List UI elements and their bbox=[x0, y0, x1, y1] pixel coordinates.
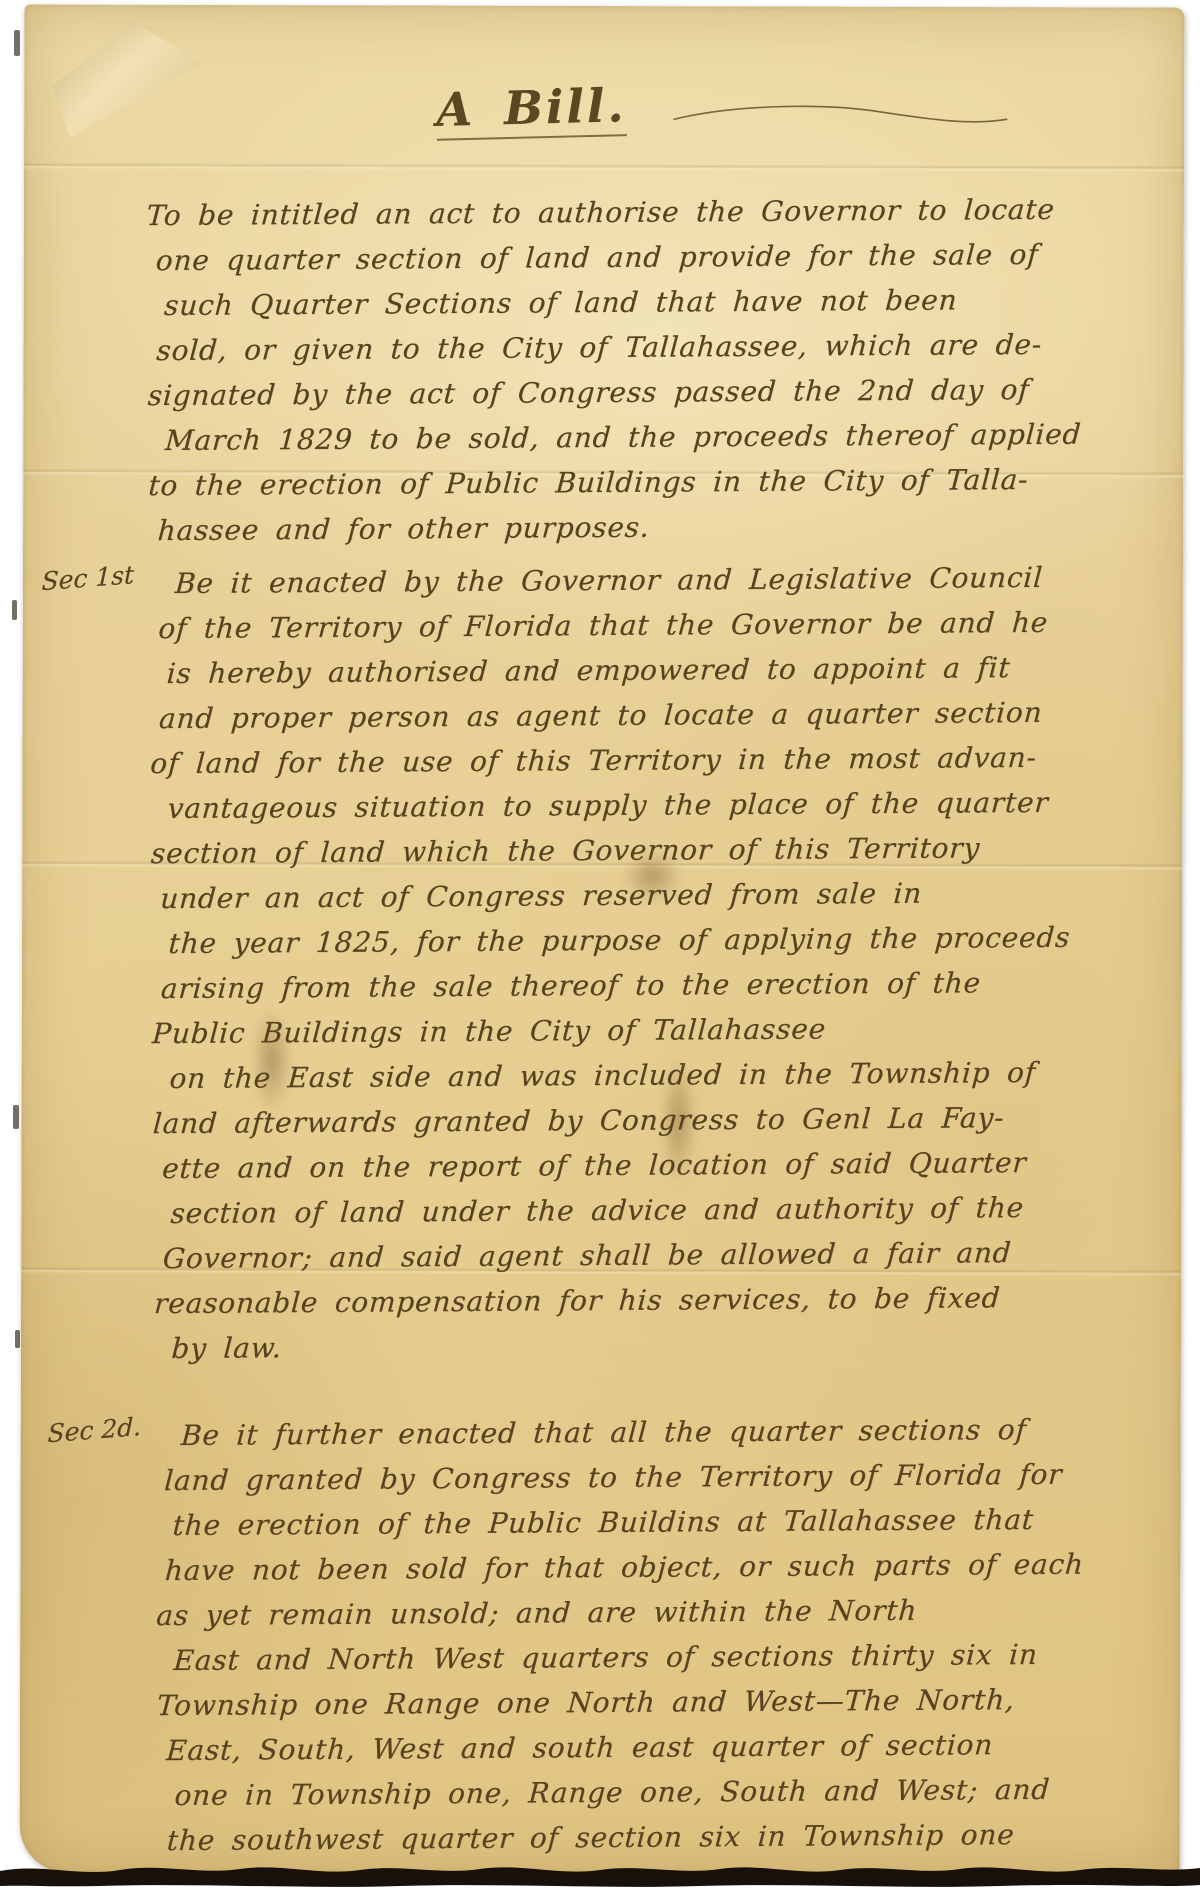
text-line: Public Buildings in the City of Tallahas… bbox=[151, 1004, 1186, 1056]
text-line: as yet remain unsold; and are within the… bbox=[155, 1586, 1190, 1638]
text-line: vantageous situation to supply the place… bbox=[166, 779, 1184, 831]
edge-speck bbox=[14, 30, 20, 56]
section-2-lines: Be it further enacted that all the quart… bbox=[153, 1406, 1188, 1863]
text-line: the year 1825, for the purpose of applyi… bbox=[167, 914, 1185, 966]
manuscript-paper: A Bill. To be intitled an act to authori… bbox=[20, 4, 1185, 1875]
edge-speck bbox=[13, 1105, 19, 1129]
text-line: and proper person as agent to locate a q… bbox=[158, 689, 1184, 741]
text-line: the erection of the Public Buildins at T… bbox=[171, 1496, 1189, 1548]
text-line: one in Township one, Range one, South an… bbox=[173, 1766, 1191, 1818]
text-line: Township one Range one North and West—Th… bbox=[156, 1676, 1191, 1728]
text-line: by law. bbox=[170, 1319, 1188, 1371]
text-line: such Quarter Sections of land that have … bbox=[163, 276, 1181, 328]
section-2-label: Sec 2d. bbox=[47, 1412, 141, 1448]
text-line: hassee and for other purposes. bbox=[156, 501, 1182, 553]
document-title: A Bill. bbox=[436, 79, 676, 139]
section-2: Sec 2d. Be it further enacted that all t… bbox=[153, 1406, 1188, 1863]
text-line: of the Territory of Florida that the Gov… bbox=[157, 599, 1183, 651]
text-line: East and North West quarters of sections… bbox=[172, 1631, 1190, 1683]
text-line: on the East side and was included in the… bbox=[168, 1049, 1186, 1101]
text-line: Governor; and said agent shall be allowe… bbox=[161, 1229, 1187, 1281]
section-1-lines: Be it enacted by the Governor and Legisl… bbox=[147, 554, 1185, 1371]
text-line: of land for the use of this Territory in… bbox=[149, 734, 1184, 786]
title-text: A Bill. bbox=[436, 78, 627, 141]
text-line: March 1829 to be sold, and the proceeds … bbox=[164, 411, 1182, 463]
section-1: Sec 1st Be it enacted by the Governor an… bbox=[147, 554, 1185, 1371]
text-line: reasonable compensation for his services… bbox=[153, 1274, 1188, 1326]
text-line: arising from the sale thereof to the ere… bbox=[160, 959, 1186, 1011]
text-line: To be intitled an act to authorise the G… bbox=[145, 186, 1180, 238]
text-line: East, South, West and south east quarter… bbox=[165, 1721, 1191, 1773]
text-line: is hereby authorised and empowered to ap… bbox=[165, 644, 1183, 696]
photo-bottom-edge bbox=[0, 1853, 1200, 1891]
text-line: land granted by Congress to the Territor… bbox=[163, 1451, 1189, 1503]
text-line: land afterwards granted by Congress to G… bbox=[151, 1094, 1186, 1146]
text-line: section of land under the advice and aut… bbox=[169, 1184, 1187, 1236]
handwritten-content: A Bill. To be intitled an act to authori… bbox=[16, 2, 1189, 1864]
text-line: Be it enacted by the Governor and Legisl… bbox=[174, 554, 1183, 606]
text-line: to the erection of Public Buildings in t… bbox=[147, 456, 1182, 508]
text-line: section of land which the Governor of th… bbox=[150, 824, 1185, 876]
edge-speck bbox=[12, 600, 17, 620]
section-1-label: Sec 1st bbox=[41, 560, 134, 596]
flourish-line bbox=[671, 95, 1011, 137]
text-line: one quarter section of land and provide … bbox=[154, 231, 1180, 283]
text-line: signated by the act of Congress passed t… bbox=[146, 366, 1181, 418]
text-line: under an act of Congress reserved from s… bbox=[159, 869, 1185, 921]
preamble: To be intitled an act to authorise the G… bbox=[145, 186, 1179, 553]
text-line: sold, or given to the City of Tallahasse… bbox=[155, 321, 1181, 373]
text-line: Be it further enacted that all the quart… bbox=[180, 1406, 1189, 1458]
document-photo: A Bill. To be intitled an act to authori… bbox=[0, 0, 1200, 1891]
edge-speck bbox=[15, 1330, 20, 1348]
text-line: ette and on the report of the location o… bbox=[161, 1139, 1187, 1191]
text-line: have not been sold for that object, or s… bbox=[164, 1541, 1190, 1593]
